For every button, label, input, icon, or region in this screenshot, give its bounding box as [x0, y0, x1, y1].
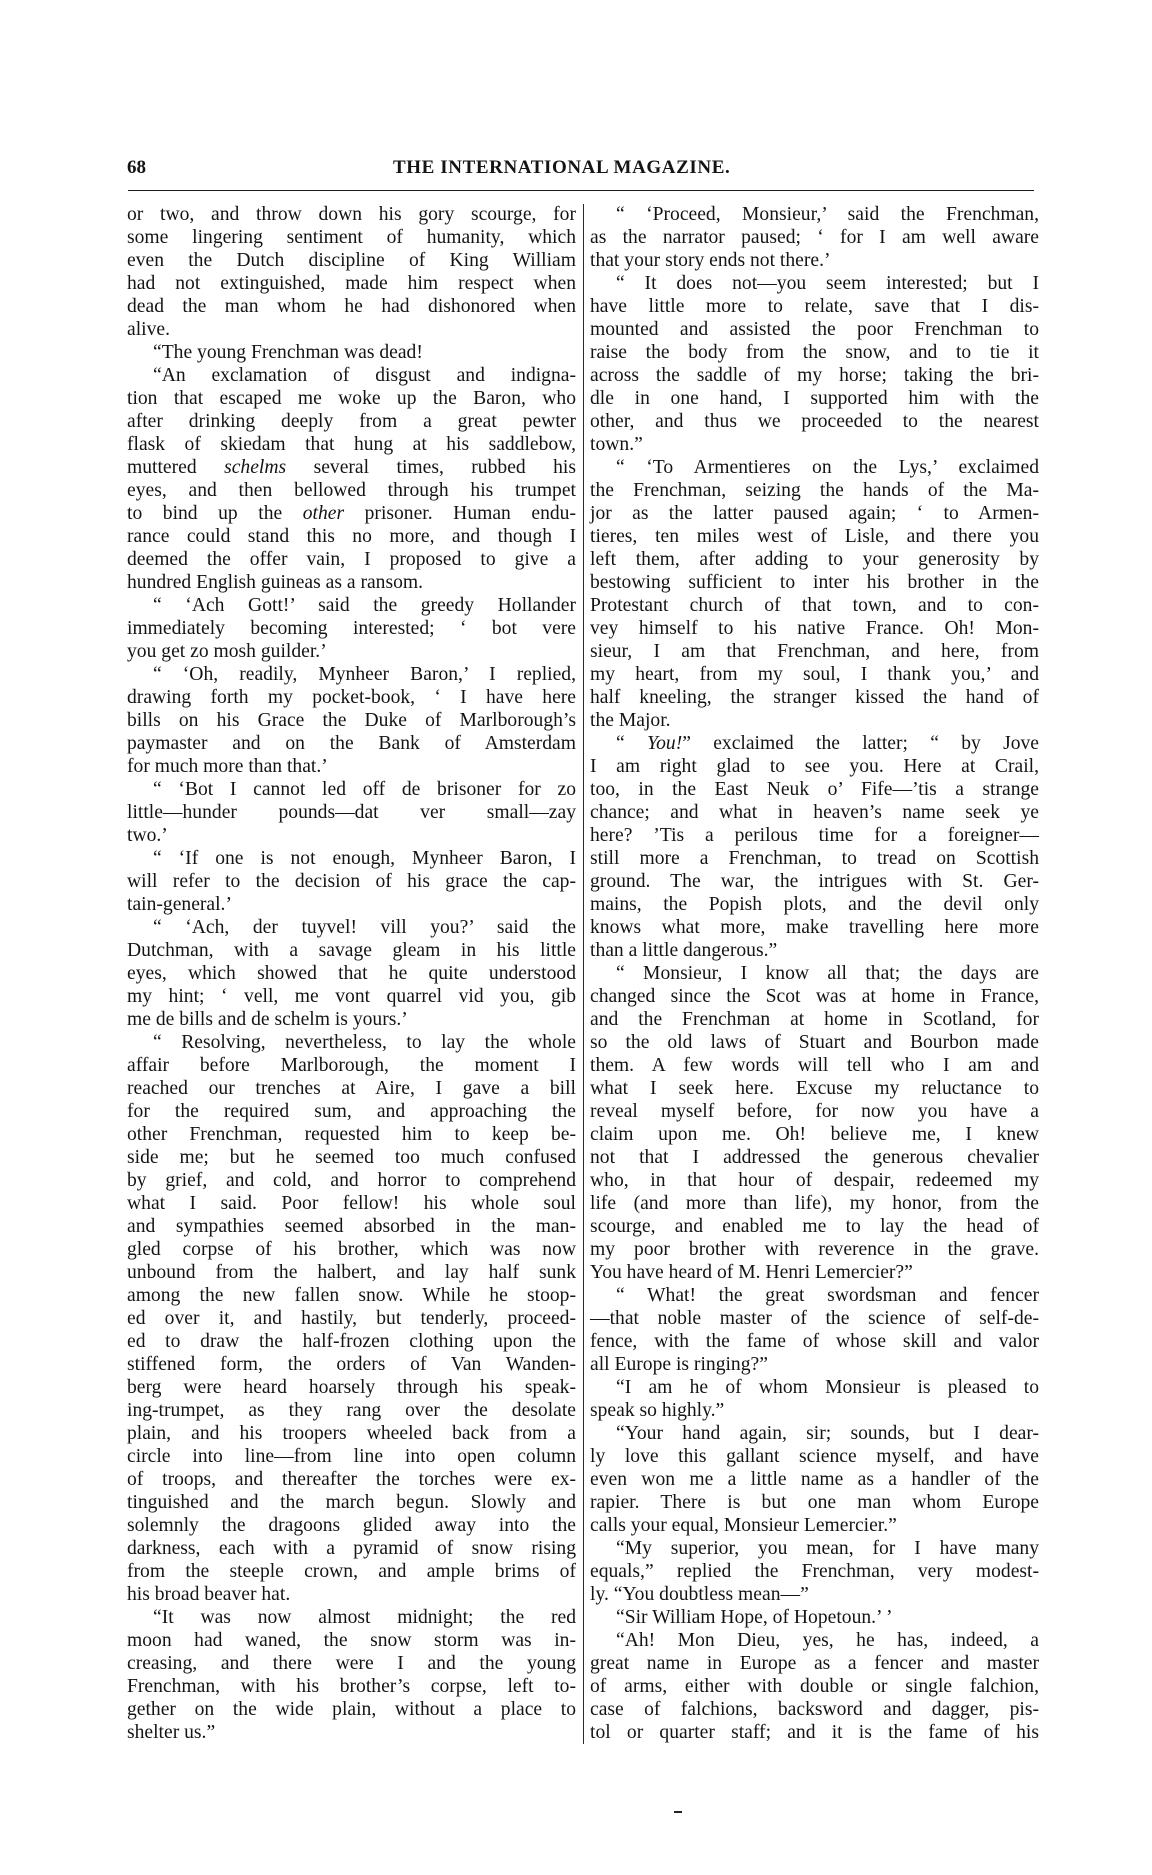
text-line: circle into line—from line into open col…	[127, 1445, 576, 1468]
text-line: from the steeple crown, and ample brims …	[127, 1560, 576, 1583]
text-line: “Sir William Hope, of Hopetoun.’ ’	[590, 1606, 1039, 1629]
text-line: berg were heard hoarsely through his spe…	[127, 1376, 576, 1399]
italic-text-run: You!	[647, 733, 682, 754]
text-line: gether on the wide plain, without a plac…	[127, 1698, 576, 1721]
text-line: shelter us.”	[127, 1721, 576, 1744]
text-line: too, in the East Neuk o’ Fife—’tis a str…	[590, 778, 1039, 801]
text-line: across the saddle of my horse; taking th…	[590, 364, 1039, 387]
text-line: tain-general.’	[127, 893, 576, 916]
text-line: moon had waned, the snow storm was in-	[127, 1629, 576, 1652]
right-column: “ ‘Proceed, Monsieur,’ said the Frenchma…	[590, 203, 1039, 1744]
text-line: unbound from the halbert, and lay half s…	[127, 1261, 576, 1284]
text-line: vey himself to his native France. Oh! Mo…	[590, 617, 1039, 640]
text-line: two.’	[127, 824, 576, 847]
text-line: other Frenchman, requested him to keep b…	[127, 1123, 576, 1146]
left-column: or two, and throw down his gory scourge,…	[127, 203, 576, 1744]
text-line: fence, with the fame of whose skill and …	[590, 1330, 1039, 1353]
text-line: life (and more than life), my honor, fro…	[590, 1192, 1039, 1215]
text-line: bills on his Grace the Duke of Marlborou…	[127, 709, 576, 732]
text-line: scourge, and enabled me to lay the head …	[590, 1215, 1039, 1238]
text-line: flask of skiedam that hung at his saddle…	[127, 433, 576, 456]
text-line: gled corpse of his brother, which was no…	[127, 1238, 576, 1261]
text-line: reached our trenches at Aire, I gave a b…	[127, 1077, 576, 1100]
text-line: here? ’Tis a perilous time for a foreign…	[590, 824, 1039, 847]
italic-text-run: schelms	[224, 457, 286, 478]
text-line: all Europe is ringing?”	[590, 1353, 1039, 1376]
text-line: and the Frenchman at home in Scotland, f…	[590, 1008, 1039, 1031]
text-line: great name in Europe as a fencer and mas…	[590, 1652, 1039, 1675]
text-line: “It was now almost midnight; the red	[127, 1606, 576, 1629]
text-line: eyes, and then bellowed through his trum…	[127, 479, 576, 502]
text-line: dle in one hand, I supported him with th…	[590, 387, 1039, 410]
text-line: who, in that hour of despair, redeemed m…	[590, 1169, 1039, 1192]
text-line: town.”	[590, 433, 1039, 456]
text-line: muttered schelms several times, rubbed h…	[127, 456, 576, 479]
text-line: deemed the offer vain, I proposed to giv…	[127, 548, 576, 571]
text-line: left them, after adding to your generosi…	[590, 548, 1039, 571]
text-line: after drinking deeply from a great pewte…	[127, 410, 576, 433]
text-line: my hint; ‘ vell, me vont quarrel vid you…	[127, 985, 576, 1008]
header-rule	[128, 190, 1034, 191]
text-line: rapier. There is but one man whom Europe	[590, 1491, 1039, 1514]
text-line: the Major.	[590, 709, 1039, 732]
running-head: THE INTERNATIONAL MAGAZINE.	[393, 157, 773, 179]
text-line: claim upon me. Oh! believe me, I knew	[590, 1123, 1039, 1146]
text-line: ing-trumpet, as they rang over the desol…	[127, 1399, 576, 1422]
text-line: “I am he of whom Monsieur is pleased to	[590, 1376, 1039, 1399]
text-line: half kneeling, the stranger kissed the h…	[590, 686, 1039, 709]
text-line: calls your equal, Monsieur Lemercier.”	[590, 1514, 1039, 1537]
text-line: “ It does not—you seem interested; but I	[590, 272, 1039, 295]
text-line: “ ‘Proceed, Monsieur,’ said the Frenchma…	[590, 203, 1039, 226]
text-line: of arms, either with double or single fa…	[590, 1675, 1039, 1698]
text-line: the Frenchman, seizing the hands of the …	[590, 479, 1039, 502]
text-line: his broad beaver hat.	[127, 1583, 576, 1606]
text-line: little—hunder pounds—dat ver small—zay	[127, 801, 576, 824]
text-line: “Ah! Mon Dieu, yes, he has, indeed, a	[590, 1629, 1039, 1652]
text-line: changed since the Scot was at home in Fr…	[590, 985, 1039, 1008]
text-line: dead the man whom he had dishonored when	[127, 295, 576, 318]
text-line: you get zo mosh guilder.’	[127, 640, 576, 663]
text-line: have little more to relate, save that I …	[590, 295, 1039, 318]
text-line: “My superior, you mean, for I have many	[590, 1537, 1039, 1560]
text-line: that your story ends not there.’	[590, 249, 1039, 272]
text-line: immediately becoming interested; ‘ bot v…	[127, 617, 576, 640]
text-line: “Your hand again, sir; sounds, but I dea…	[590, 1422, 1039, 1445]
text-line: equals,” replied the Frenchman, very mod…	[590, 1560, 1039, 1583]
text-line: sieur, I am that Frenchman, and here, fr…	[590, 640, 1039, 663]
text-line: “ ‘Oh, readily, Mynheer Baron,’ I replie…	[127, 663, 576, 686]
text-line: my heart, from my soul, I thank you,’ an…	[590, 663, 1039, 686]
text-line: ly. “You doubtless mean—”	[590, 1583, 1039, 1606]
text-line: eyes, which showed that he quite underst…	[127, 962, 576, 985]
italic-text-run: other	[303, 503, 344, 524]
text-line: tion that escaped me woke up the Baron, …	[127, 387, 576, 410]
text-line: for much more than that.’	[127, 755, 576, 778]
text-run: muttered	[127, 457, 224, 478]
text-line: plain, and his troopers wheeled back fro…	[127, 1422, 576, 1445]
text-line: mounted and assisted the poor Frenchman …	[590, 318, 1039, 341]
text-line: of troops, and thereafter the torches we…	[127, 1468, 576, 1491]
text-line: tol or quarter staff; and it is the fame…	[590, 1721, 1039, 1744]
text-line: mains, the Popish plots, and the devil o…	[590, 893, 1039, 916]
text-line: creasing, and there were I and the young	[127, 1652, 576, 1675]
text-run: prisoner. Human endu-	[344, 503, 576, 524]
text-line: to bind up the other prisoner. Human end…	[127, 502, 576, 525]
text-line: solemnly the dragoons glided away into t…	[127, 1514, 576, 1537]
text-line: so the old laws of Stuart and Bourbon ma…	[590, 1031, 1039, 1054]
text-line: still more a Frenchman, to tread on Scot…	[590, 847, 1039, 870]
text-line: “ Monsieur, I know all that; the days ar…	[590, 962, 1039, 985]
text-line: other, and thus we proceeded to the near…	[590, 410, 1039, 433]
text-line: by grief, and cold, and horror to compre…	[127, 1169, 576, 1192]
text-line: what I seek here. Excuse my reluctance t…	[590, 1077, 1039, 1100]
text-line: will refer to the decision of his grace …	[127, 870, 576, 893]
text-line: I am right glad to see you. Here at Crai…	[590, 755, 1039, 778]
text-line: chance; and what in heaven’s name seek y…	[590, 801, 1039, 824]
text-line: stiffened form, the orders of Van Wanden…	[127, 1353, 576, 1376]
text-line: —that noble master of the science of sel…	[590, 1307, 1039, 1330]
text-line: ed to draw the half-frozen clothing upon…	[127, 1330, 576, 1353]
text-line: ed over it, and hastily, but tenderly, p…	[127, 1307, 576, 1330]
text-line: “ Resolving, nevertheless, to lay the wh…	[127, 1031, 576, 1054]
text-run: “	[616, 733, 647, 754]
text-line: “ ‘If one is not enough, Mynheer Baron, …	[127, 847, 576, 870]
text-line: “ You!” exclaimed the latter; “ by Jove	[590, 732, 1039, 755]
text-line: rance could stand this no more, and thou…	[127, 525, 576, 548]
text-line: bestowing sufficient to inter his brothe…	[590, 571, 1039, 594]
text-line: Frenchman, with his brother’s corpse, le…	[127, 1675, 576, 1698]
text-line: tinguished and the march begun. Slowly a…	[127, 1491, 576, 1514]
page-number: 68	[127, 157, 146, 179]
text-line: You have heard of M. Henri Lemercier?”	[590, 1261, 1039, 1284]
text-line: paymaster and on the Bank of Amsterdam	[127, 732, 576, 755]
text-line: jor as the latter paused again; ‘ to Arm…	[590, 502, 1039, 525]
text-line: among the new fallen snow. While he stoo…	[127, 1284, 576, 1307]
text-line: hundred English guineas as a ransom.	[127, 571, 576, 594]
text-line: some lingering sentiment of humanity, wh…	[127, 226, 576, 249]
text-line: them. A few words will tell who I am and	[590, 1054, 1039, 1077]
text-line: for the required sum, and approaching th…	[127, 1100, 576, 1123]
text-run: to bind up the	[127, 503, 303, 524]
text-line: had not extinguished, made him respect w…	[127, 272, 576, 295]
text-line: what I said. Poor fellow! his whole soul	[127, 1192, 576, 1215]
text-line: or two, and throw down his gory scourge,…	[127, 203, 576, 226]
text-line: even won me a little name as a handler o…	[590, 1468, 1039, 1491]
text-line: “ ‘Ach, der tuyvel! vill you?’ said the	[127, 916, 576, 939]
text-line: me de bills and de schelm is yours.’	[127, 1008, 576, 1031]
text-line: “An exclamation of disgust and indigna-	[127, 364, 576, 387]
text-line: drawing forth my pocket-book, ‘ I have h…	[127, 686, 576, 709]
text-line: case of falchions, backsword and dagger,…	[590, 1698, 1039, 1721]
text-line: “ What! the great swordsman and fencer	[590, 1284, 1039, 1307]
text-line: alive.	[127, 318, 576, 341]
text-line: ly love this gallant science myself, and…	[590, 1445, 1039, 1468]
text-line: affair before Marlborough, the moment I	[127, 1054, 576, 1077]
text-line: “ ‘Bot I cannot led off de brisoner for …	[127, 778, 576, 801]
text-line: my poor brother with reverence in the gr…	[590, 1238, 1039, 1261]
text-line: reveal myself before, for now you have a	[590, 1100, 1039, 1123]
text-line: knows what more, make travelling here mo…	[590, 916, 1039, 939]
text-line: side me; but he seemed too much confused	[127, 1146, 576, 1169]
text-line: “The young Frenchman was dead!	[127, 341, 576, 364]
text-line: “ ‘Ach Gott!’ said the greedy Hollander	[127, 594, 576, 617]
text-line: Protestant church of that town, and to c…	[590, 594, 1039, 617]
text-line: and sympathies seemed absorbed in the ma…	[127, 1215, 576, 1238]
text-line: ground. The war, the intrigues with St. …	[590, 870, 1039, 893]
text-line: “ ‘To Armentieres on the Lys,’ exclaimed	[590, 456, 1039, 479]
text-run: several times, rubbed his	[286, 457, 576, 478]
text-line: tieres, ten miles west of Lisle, and the…	[590, 525, 1039, 548]
text-line: as the narrator paused; ‘ for I am well …	[590, 226, 1039, 249]
text-line: even the Dutch discipline of King Willia…	[127, 249, 576, 272]
text-line: not that I addressed the generous cheval…	[590, 1146, 1039, 1169]
text-line: darkness, each with a pyramid of snow ri…	[127, 1537, 576, 1560]
text-run: ” exclaimed the latter; “ by Jove	[682, 733, 1039, 754]
column-divider	[583, 204, 584, 1744]
text-line: raise the body from the snow, and to tie…	[590, 341, 1039, 364]
print-mark	[674, 1811, 682, 1813]
text-line: speak so highly.”	[590, 1399, 1039, 1422]
text-line: Dutchman, with a savage gleam in his lit…	[127, 939, 576, 962]
text-line: than a little dangerous.”	[590, 939, 1039, 962]
